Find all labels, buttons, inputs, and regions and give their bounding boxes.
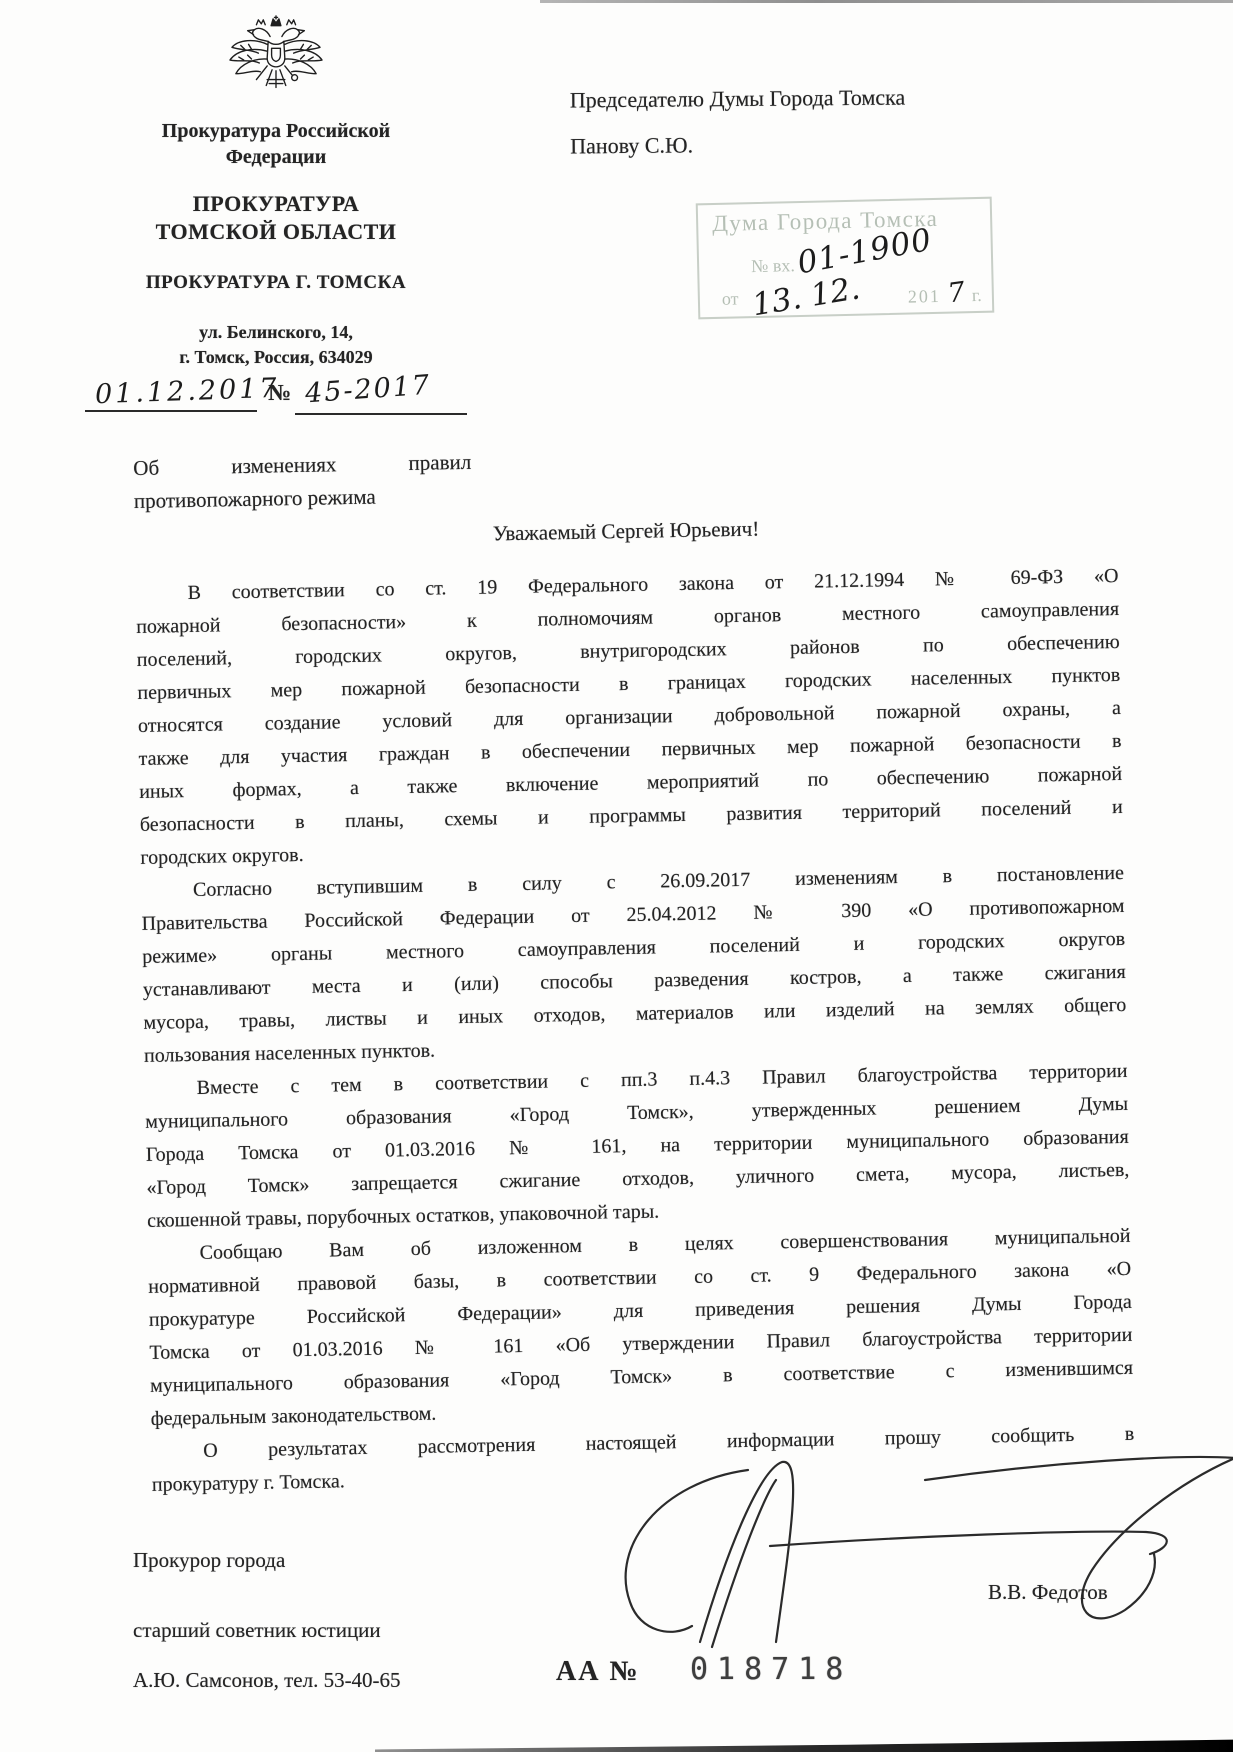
org-address-line2: г. Томск, Россия, 634029 [90,345,462,370]
signer-name: В.В. Федотов [988,1580,1108,1605]
recipient-name: Панову С.Ю. [570,131,906,160]
org-name-city: ПРОКУРАТУРА Г. ТОМСКА [90,272,462,294]
form-series-label: АА № [556,1656,640,1688]
letterhead: Прокуратура Российской Федерации ПРОКУРА… [90,14,462,370]
recipient-block: Председателю Думы Города Томска Панову С… [570,85,906,160]
stamp-year-suffix: г. [972,285,982,306]
stamp-from-label: от [722,288,739,309]
stamp-number-label: № вх. [751,255,795,277]
org-name-region-line1: ПРОКУРАТУРА [90,190,462,218]
scan-artifact-bottom-edge [375,1738,1233,1752]
signer-position-line2: старший советник юстиции [133,1618,381,1643]
scanned-letter-page: Прокуратура Российской Федерации ПРОКУРА… [0,0,1233,1752]
paragraph: Согласно вступившим в силу с 26.09.2017 … [141,857,1127,1073]
outgoing-date-handwritten: 01.12.2017 [95,373,281,410]
number-sign: № [268,380,291,406]
body-text: В соответствии со ст. 19 Федерального за… [135,560,1135,1502]
date-underline [85,410,257,412]
subject-line2: противопожарного режима [134,479,473,518]
stamp-year-printed: 201 [908,286,941,308]
org-name-federation-line1: Прокуратура Российской [90,118,462,144]
signature-autograph [580,1442,1233,1657]
coat-of-arms-icon [226,14,326,108]
paragraph: В соответствии со ст. 19 Федерального за… [135,560,1123,875]
stamp-year-digit-handwritten: 7 [946,277,967,310]
signer-position-line1: Прокурор города [133,1548,285,1573]
paragraph: Сообщаю Вам об изложенном в целях соверш… [147,1220,1133,1436]
letter-content: Об изменениях правил противопожарного ре… [133,434,1135,1502]
paragraph: Вместе с тем в соответствии с пп.3 п.4.3… [144,1055,1130,1238]
form-number-stamped: 018718 [690,1652,852,1687]
org-name-federation-line2: Федерации [90,144,462,170]
recipient-title: Председателю Думы Города Томска [570,85,906,114]
executor-contact: А.Ю. Самсонов, тел. 53-40-65 [133,1668,401,1693]
number-underline [295,413,467,415]
org-name-region-line2: ТОМСКОЙ ОБЛАСТИ [90,218,462,246]
subject-block: Об изменениях правил противопожарного ре… [133,446,472,518]
subject-line1: Об изменениях правил [133,446,472,485]
org-address-line1: ул. Белинского, 14, [90,320,462,345]
outgoing-number-handwritten: 45-2017 [304,370,432,410]
scan-artifact-top-edge [540,0,1233,3]
incoming-registration-stamp: Дума Города Томска № вх. 01-1900 от 13. … [696,197,995,320]
stamp-date-handwritten: 13. 12. [750,270,863,323]
